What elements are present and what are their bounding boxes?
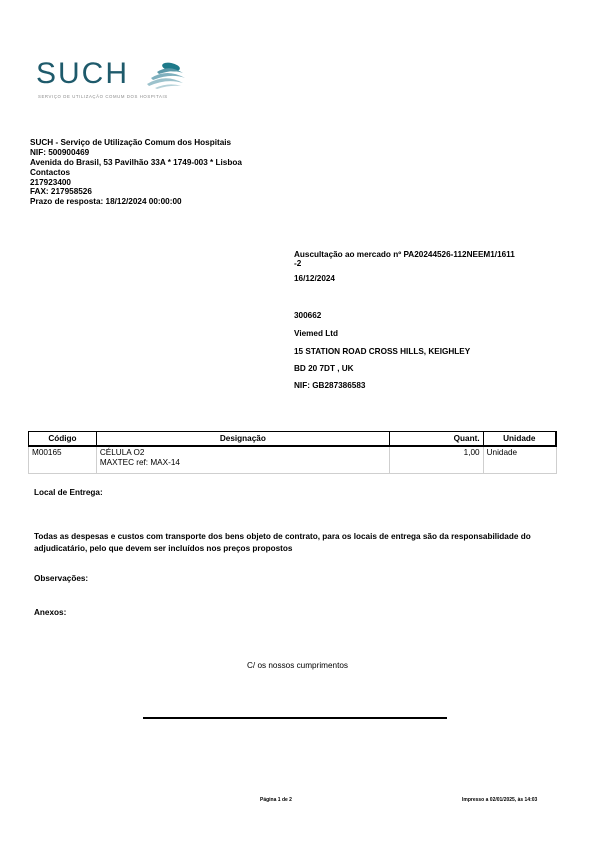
cell-quant: 1,00 xyxy=(389,446,483,474)
item-name: CÉLULA O2 xyxy=(100,448,386,458)
supplier-code: 300662 xyxy=(294,311,321,320)
cell-codigo: M00165 xyxy=(29,446,97,474)
header-unidade: Unidade xyxy=(483,432,556,447)
items-table: Código Designação Quant. Unidade M00165 … xyxy=(28,431,557,474)
table-header-row: Código Designação Quant. Unidade xyxy=(29,432,557,447)
observations-label: Observações: xyxy=(34,574,88,583)
document-date: 16/12/2024 xyxy=(294,274,335,283)
sender-info: SUCH - Serviço de Utilização Comum dos H… xyxy=(30,138,242,207)
page-number: Página 1 de 2 xyxy=(260,797,292,803)
sender-contacts-label: Contactos xyxy=(30,168,242,178)
market-consultation-ref: Auscultação ao mercado nº PA20244526-112… xyxy=(294,250,515,259)
header-designacao: Designação xyxy=(96,432,389,447)
sender-fax: FAX: 217958526 xyxy=(30,187,242,197)
item-reference: MAXTEC ref: MAX-14 xyxy=(100,458,386,468)
attachments-label: Anexos: xyxy=(34,608,66,617)
response-deadline: Prazo de resposta: 18/12/2024 00:00:00 xyxy=(30,197,242,207)
supplier-address-line2: BD 20 7DT , UK xyxy=(294,364,354,373)
sender-phone: 217923400 xyxy=(30,178,242,188)
closing-regards: C/ os nossos cumprimentos xyxy=(0,661,595,670)
supplier-name: Viemed Ltd xyxy=(294,329,338,338)
print-timestamp: Impresso a 02/01/2025, às 14:03 xyxy=(462,797,537,803)
delivery-location-label: Local de Entrega: xyxy=(34,488,103,497)
logo-wave-icon xyxy=(143,60,187,90)
logo-wordmark: SUCH xyxy=(36,58,129,90)
delivery-note: Todas as despesas e custos com transport… xyxy=(34,531,554,555)
such-logo: SUCH SERVIÇO DE UTILIZAÇÃO COMUM DOS HOS… xyxy=(36,58,186,102)
signature-line xyxy=(143,717,447,719)
cell-designacao: CÉLULA O2 MAXTEC ref: MAX-14 xyxy=(96,446,389,474)
market-consultation-ref-cont: -2 xyxy=(294,259,301,268)
header-codigo: Código xyxy=(29,432,97,447)
sender-nif: NIF: 500900469 xyxy=(30,148,242,158)
header-quant: Quant. xyxy=(389,432,483,447)
supplier-address-line1: 15 STATION ROAD CROSS HILLS, KEIGHLEY xyxy=(294,347,470,356)
logo-subtitle: SERVIÇO DE UTILIZAÇÃO COMUM DOS HOSPITAI… xyxy=(38,94,168,99)
cell-unidade: Unidade xyxy=(483,446,556,474)
table-row: M00165 CÉLULA O2 MAXTEC ref: MAX-14 1,00… xyxy=(29,446,557,474)
supplier-nif: NIF: GB287386583 xyxy=(294,381,365,390)
sender-name: SUCH - Serviço de Utilização Comum dos H… xyxy=(30,138,242,148)
sender-address: Avenida do Brasil, 53 Pavilhão 33A * 174… xyxy=(30,158,242,168)
